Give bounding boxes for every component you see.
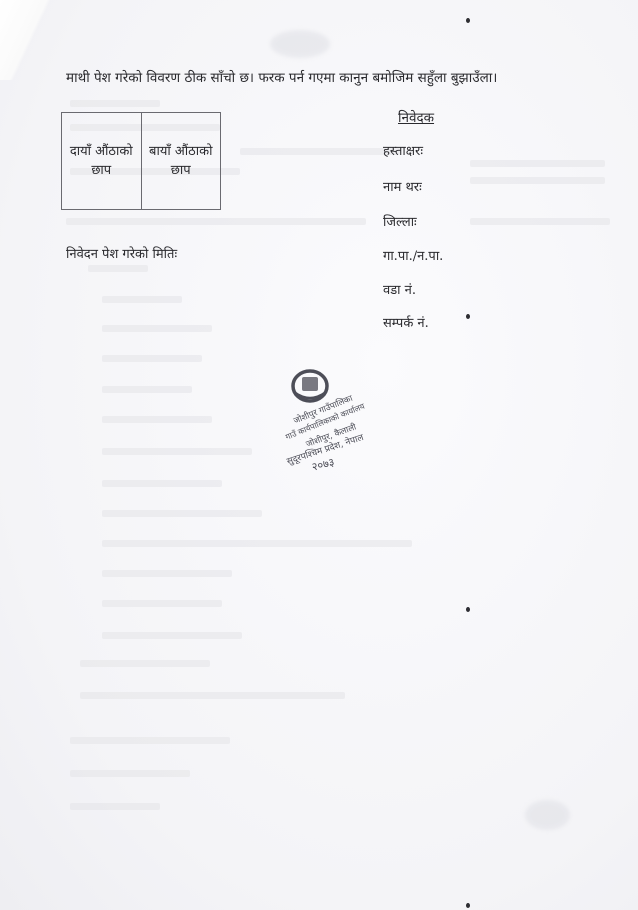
page-fold-corner bbox=[0, 0, 60, 80]
name-field-label: नाम थरः bbox=[383, 180, 422, 196]
left-thumbprint-box: बायाँ औंठाको छाप bbox=[141, 113, 221, 209]
right-thumbprint-box: दायाँ औंठाको छाप bbox=[62, 113, 141, 209]
declaration-statement: माथी पेश गरेको विवरण ठीक साँचो छ। फरक पर… bbox=[66, 70, 497, 86]
district-field-label: जिल्लाः bbox=[383, 215, 417, 231]
ink-dot bbox=[466, 18, 470, 23]
right-thumb-label-line2: छाप bbox=[70, 161, 133, 180]
thumbprint-table: दायाँ औंठाको छाप बायाँ औंठाको छाप bbox=[61, 112, 221, 210]
smudge bbox=[525, 800, 570, 830]
ward-number-field-label: वडा नं. bbox=[383, 283, 416, 299]
ink-dot bbox=[466, 607, 470, 612]
scanned-page: माथी पेश गरेको विवरण ठीक साँचो छ। फरक पर… bbox=[0, 0, 638, 910]
signature-field-label: हस्ताक्षरः bbox=[383, 144, 423, 160]
left-thumb-label-line2: छाप bbox=[149, 161, 212, 180]
right-thumb-label: दायाँ औंठाको bbox=[70, 142, 133, 161]
submission-date-label: निवेदन पेश गरेको मितिः bbox=[66, 247, 177, 263]
applicant-heading: निवेदक bbox=[398, 110, 434, 126]
left-thumb-label: बायाँ औंठाको bbox=[149, 142, 212, 161]
office-stamp: जोशीपुर गाउँपालिका गाउँ कार्यपालिकाको का… bbox=[266, 366, 376, 476]
stamp-emblem-icon: जोशीपुर गाउँपालिका गाउँ कार्यपालिकाको का… bbox=[266, 366, 376, 476]
ink-dot bbox=[466, 314, 470, 319]
smudge bbox=[270, 30, 330, 58]
municipality-field-label: गा.पा./न.पा. bbox=[383, 249, 443, 265]
ink-dot bbox=[466, 903, 470, 908]
contact-number-field-label: सम्पर्क नं. bbox=[383, 316, 429, 332]
